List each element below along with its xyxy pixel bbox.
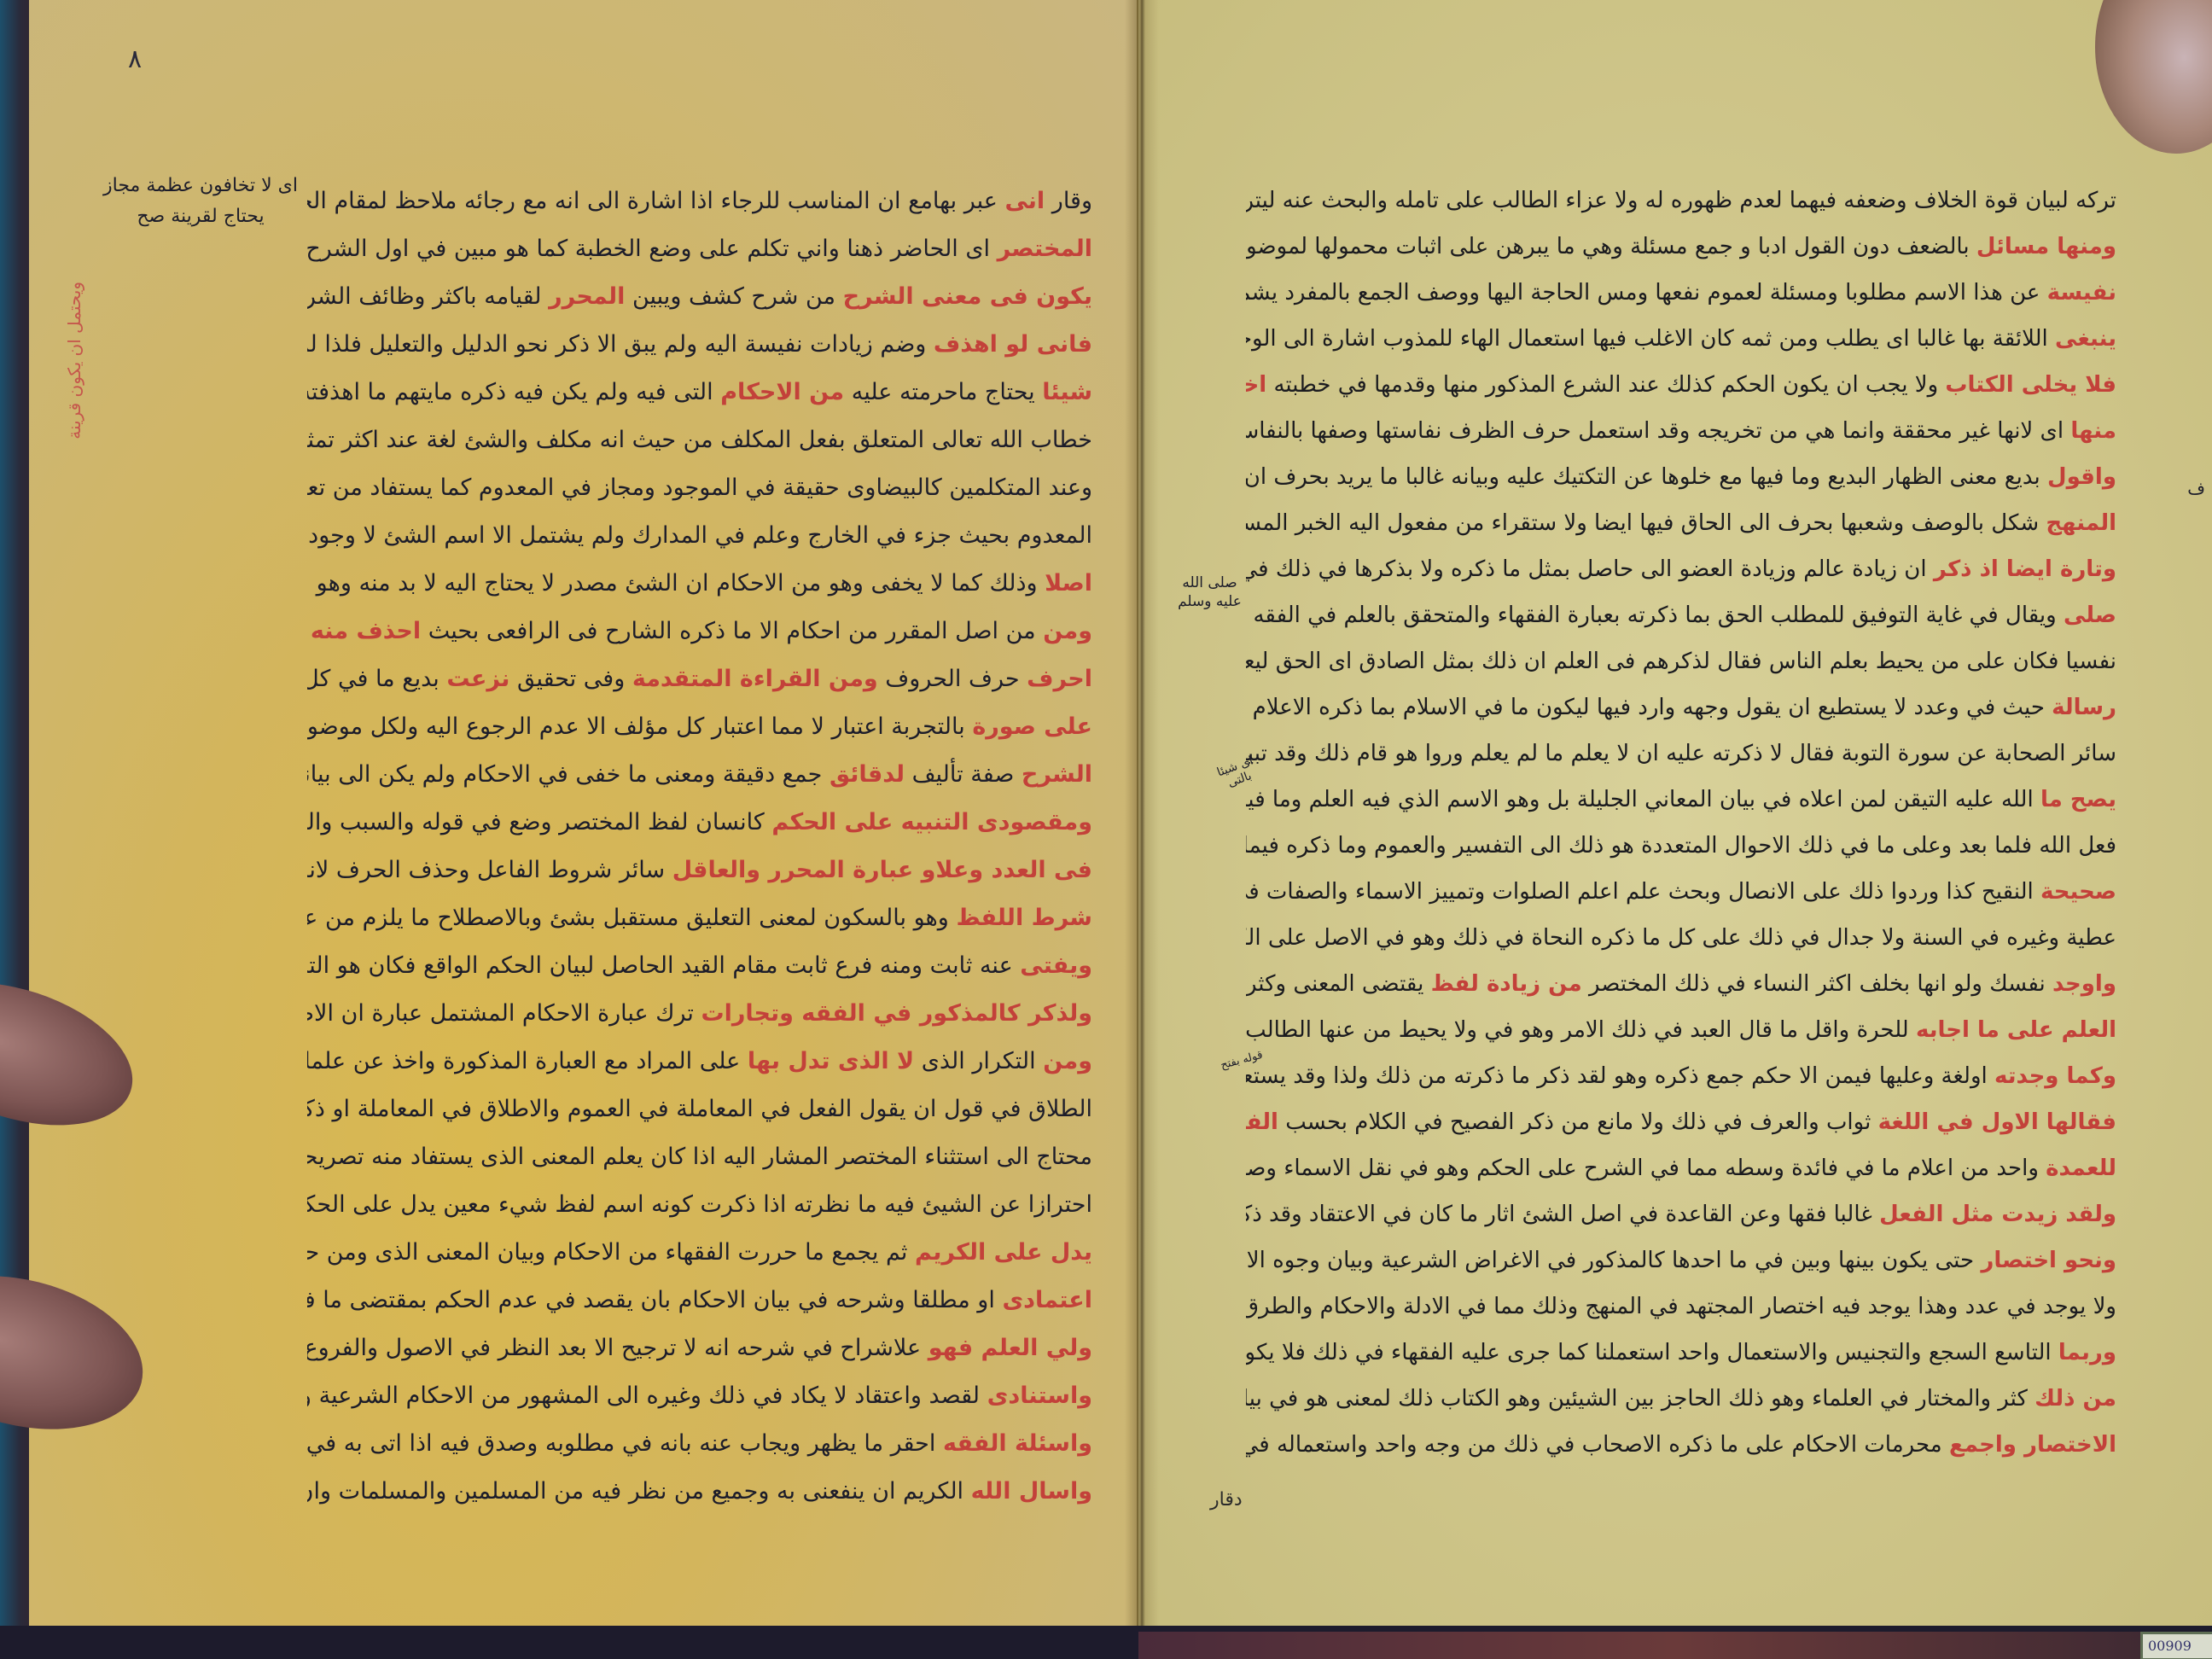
- rubric-word: رسالة: [2052, 695, 2116, 720]
- rubric-word: يكون فى معنى الشرح: [843, 283, 1092, 310]
- text-segment: وضم زيادات نفيسة اليه ولم يبق الا ذكر نح…: [307, 331, 926, 358]
- text-segment: احقر ما يظهر ويجاب عنه بانه في مطلوبه وص…: [432, 1430, 935, 1457]
- page-number: ٨: [128, 44, 142, 74]
- text-segment: ما ذكره الاصحاب في ذلك من وجه واحد واستع…: [1246, 1432, 1738, 1458]
- text-line: العلم على ما اجابه للحرة واقل ما قال الع…: [1246, 1007, 2116, 1053]
- text-line: ينبغى اللائقة بها غالبا اى يطلب ومن ثمه …: [1246, 316, 2116, 362]
- text-line: محتاج الى استثناء المختصر المشار اليه اذ…: [307, 1133, 1092, 1181]
- text-line: تركه لبيان قوة الخلاف وضعفه فيهما لعدم ظ…: [1246, 178, 2116, 224]
- text-segment: غالبا فقها وعن القاعدة في اصل الشئ اثار …: [1246, 1202, 1872, 1227]
- text-segment: عطية وغيره في السنة ولا جدال في ذلك على …: [1246, 925, 2116, 951]
- rubric-word: واسئلة الفقه: [943, 1430, 1092, 1457]
- text-line: المعدوم بحيث جزء في الخارج وعلم في المدا…: [307, 512, 1092, 560]
- text-line: نفسيا فكان على من يحيط بعلم الناس فقال ل…: [1246, 638, 2116, 684]
- text-segment: نفسك ولو انها بخلف: [1852, 971, 2045, 997]
- text-segment: جمع مسئلة وهي ما يبرهن على اثبات محمولها…: [1246, 234, 1733, 259]
- rubric-word: يصح ما: [2040, 787, 2116, 812]
- text-segment: استعملنا كما جرى عليه الفقهاء في ذلك فلا…: [1246, 1340, 1671, 1365]
- text-segment: المعدوم بحيث جزء في الخارج وعلم في المدا…: [307, 522, 1092, 549]
- text-segment: اذا اتى به في الاصل عند ذكر الاحكام في ا…: [307, 1430, 432, 1457]
- text-segment: كثر والمختار في العلماء: [1805, 1386, 2028, 1412]
- rubric-word: لدقائق: [829, 761, 905, 788]
- text-line: يدل على الكريم ثم يجمع ما حررت الفقهاء م…: [307, 1229, 1092, 1277]
- book-gutter: [1125, 0, 1159, 1634]
- text-segment: كانسان لفظ المختصر وضع في قوله: [414, 809, 764, 835]
- rubric-word: ولي العلم فهو: [928, 1335, 1092, 1361]
- text-segment: او مطلقا وشرحه في بيان الاحكام: [671, 1287, 995, 1313]
- rubric-word: واستنادى: [987, 1382, 1092, 1409]
- text-segment: عن هذا الاسم مطلوبا ومسئلة: [1763, 280, 2040, 306]
- text-segment: بالتجربة اعتبار لا مما اعتبار كل مؤلف ال…: [307, 713, 965, 740]
- text-segment: بالضعف دون القول ادبا و: [1733, 234, 1970, 259]
- text-segment: وفى تحقيق: [509, 666, 625, 692]
- margin-note: ف: [2185, 478, 2205, 498]
- text-line: الشرح صفة تأليف لدقائق جمع دقيقة ومعنى م…: [307, 751, 1092, 799]
- text-segment: غالبا ما يريد بحرف ان يقال او كل ذلك الح…: [1246, 464, 1444, 490]
- text-segment: عبر بهامع ان المناسب للرجاء اذا اشارة ال…: [307, 188, 998, 214]
- text-segment: وهو ذلك الحاجز بين الشيئين وهو الكتاب ذل…: [1246, 1386, 1805, 1412]
- text-segment: من شرح كشف ويبين: [625, 283, 835, 310]
- rubric-word: المحرر: [549, 283, 625, 310]
- text-line: ونحو اختصار حتى يكون بينها وبين في ما اح…: [1246, 1237, 2116, 1284]
- text-segment: اللائقة بها غالبا: [1910, 326, 2048, 352]
- text-segment: الطلاق في قول ان يقول الفعل في المعاملة …: [307, 1096, 1092, 1122]
- text-segment: ويقال في غاية التوفيق للمطلب الحق بما ذك…: [1246, 602, 2057, 628]
- rubric-word: الشرح: [1022, 761, 1092, 788]
- rubric-word: واقول: [2047, 464, 2116, 490]
- text-segment: فيمن الا حكم جمع ذكره وهو لقد ذكر ما ذكر…: [1246, 1063, 1872, 1089]
- text-line: ولذكر كالمذكور في الفقه وتجارات ترك عبار…: [307, 990, 1092, 1038]
- text-segment: للحرة واقل ما قال العبد في ذلك الامر وهو…: [1477, 1017, 1909, 1043]
- book-cover-bottom: [1138, 1632, 2212, 1659]
- text-segment: يقتضى المعنى وكثرة الفائدة مع كثرة في ال…: [1246, 971, 1423, 997]
- text-segment: اى الحاضر ذهنا واني تكلم على وضع الخطبة …: [307, 236, 990, 262]
- rubric-word: يدل على الكريم: [915, 1239, 1092, 1266]
- rubric-word: ويفتى: [1020, 952, 1092, 979]
- rubric-word: فى العدد وعلاو عبارة المحرر والعاقل: [672, 857, 1092, 883]
- rubric-word: فلا يخلى الكتاب: [1945, 372, 2116, 398]
- text-line: سائر الصحابة عن سورة التوبة فقال لا ذكرت…: [1246, 731, 2116, 777]
- text-segment: كذا وردوا ذلك على الانصال وبحث علم اعلم …: [1246, 879, 1975, 905]
- rubric-word: ولقد زيدت مثل الفعل: [1879, 1202, 2116, 1227]
- text-line: وكما وجدته اولغة وعليها فيمن الا حكم جمع…: [1246, 1053, 2116, 1099]
- rubric-word: من ذلك: [2034, 1386, 2116, 1412]
- text-segment: الله عليه التيقن لمن اعلاه في بيان المعا…: [1246, 787, 2034, 812]
- text-line: فعل الله فلما بعد وعلى ما في ذلك الاحوال…: [1246, 823, 2116, 869]
- text-segment: اى لانها غير محققة وانما هي من تخريجه وق…: [1441, 418, 2064, 444]
- text-line: الطلاق في قول ان يقول الفعل في المعاملة …: [307, 1086, 1092, 1133]
- right-page-text: تركه لبيان قوة الخلاف وضعفه فيهما لعدم ظ…: [1246, 178, 2116, 1468]
- text-line: وعند المتكلمين كالبيضاوى حقيقة في الموجو…: [307, 464, 1092, 512]
- text-line: احرف حرف الحروف ومن القراءة المتقدمة وفى…: [307, 655, 1092, 703]
- text-segment: صفة تأليف: [905, 761, 1014, 788]
- text-line: ومنها مسائل بالضعف دون القول ادبا و جمع …: [1246, 224, 2116, 270]
- text-segment: اكثر النساء في ذلك المختصر: [1582, 971, 1853, 997]
- rubric-word: انى: [1004, 188, 1045, 214]
- text-line: فلا يخلى الكتاب ولا يجب ان يكون الحكم كذ…: [1246, 362, 2116, 408]
- rubric-word: احذف منه وتصويبه واهمال: [307, 618, 421, 644]
- text-segment: حرف الحروف: [878, 666, 1020, 692]
- rubric-word: من الاحكام: [720, 379, 844, 405]
- text-line: فى العدد وعلاو عبارة المحرر والعاقل سائر…: [307, 847, 1092, 894]
- rubric-word: على صورة: [972, 713, 1092, 740]
- text-line: واوجد نفسك ولو انها بخلف اكثر النساء في …: [1246, 961, 2116, 1007]
- rubric-word: احرف: [1027, 666, 1092, 692]
- rubric-word: ينبغى: [2055, 326, 2116, 352]
- text-segment: ترك عبارة الاحكام المشتمل عبارة ان الاصح…: [307, 1000, 694, 1027]
- rubric-word: وكما وجدته: [1994, 1063, 2116, 1089]
- rubric-word: صلى: [2064, 602, 2116, 628]
- text-line: المختصر اى الحاضر ذهنا واني تكلم على وضع…: [307, 225, 1092, 273]
- text-segment: التى فيه ولم يكن فيه ذكره مايتهم ما اهذف…: [307, 379, 713, 405]
- margin-note: صلى الله عليه وسلم: [1169, 573, 1250, 611]
- text-line: ولقد زيدت مثل الفعل غالبا فقها وعن القاع…: [1246, 1191, 2116, 1237]
- text-segment: الكريم ان ينفعنى به وجميع من نظر فيه من …: [307, 1478, 963, 1505]
- text-segment: وهو من الاحكام ان الشئ مصدر لا يحتاج الي…: [307, 570, 864, 597]
- rubric-word: ومقصودى التنبيه على الحكم: [771, 809, 1092, 835]
- text-segment: فعل الله فلما بعد وعلى ما في ذلك الاحوال…: [1246, 833, 2116, 859]
- rubric-word: ولذكر كالمذكور في الفقه وتجارات: [701, 1000, 1092, 1027]
- text-line: للعمدة واحد من اعلام ما في فائدة وسطه مم…: [1246, 1145, 2116, 1191]
- text-line: احترازا عن الشيئ فيه ما نظرته اذا ذكرت ك…: [307, 1181, 1092, 1229]
- text-line: المنهج شكل بالوصف وشعبها بحرف الى الحاق …: [1246, 500, 2116, 546]
- text-segment: شكل بالوصف وشعبها بحرف الى الحاق فيها اي…: [1246, 510, 2039, 536]
- text-line: ومن من اصل المقرر من احكام الا ما ذكره ا…: [307, 608, 1092, 655]
- text-segment: احترازا عن الشيئ فيه ما نظرته اذا ذكرت ك…: [307, 1191, 1092, 1218]
- text-line: واستنادى لقصد واعتقاد لا يكاد في ذلك وغي…: [307, 1372, 1092, 1420]
- text-line: صحيحة النقيح كذا وردوا ذلك على الانصال و…: [1246, 869, 2116, 915]
- text-segment: نفاستها وصفها بالنفاسة والنفاستها وجلالة…: [1246, 418, 1441, 444]
- rubric-word: الفصيح: [1246, 1109, 1278, 1135]
- text-segment: والسبب والتحقيق فيها بانه ومن حيث اللفظ …: [307, 809, 414, 835]
- text-segment: في ذلك وغيره الى المشهور من الاحكام الشر…: [307, 1382, 783, 1409]
- text-segment: لقيامه باكثر وظائف الشراح من ابدال الغري…: [307, 283, 541, 310]
- text-line: ويفتى عنه ثابت ومنه فرع ثابت مقام القيد …: [307, 942, 1092, 990]
- margin-note-red: ويحتمل ان يكون قرينة: [61, 282, 96, 439]
- text-segment: تركه لبيان قوة الخلاف وضعفه فيهما لعدم ظ…: [1246, 188, 2116, 213]
- library-label: 00909: [2140, 1632, 2212, 1659]
- rubric-word: اصلا: [1045, 570, 1092, 597]
- margin-note: اى لا تخافون عظمة مجاز يحتاج لقرينة صح: [94, 171, 307, 232]
- text-line: وقار انى عبر بهامع ان المناسب للرجاء اذا…: [307, 178, 1092, 225]
- rubric-word: وتارة ايضا اذ ذكر: [1934, 556, 2116, 582]
- rubric-word: ومن: [1043, 1048, 1092, 1074]
- text-segment: ثم يجمع ما حررت الفقهاء من الاحكام وبيان…: [368, 1239, 908, 1266]
- text-segment: نفسيا فكان على من يحيط بعلم الناس فقال ل…: [1246, 649, 2116, 674]
- text-segment: على المراد مع العبارة المذكورة واخذ عن ع…: [307, 1048, 740, 1074]
- text-segment: حتى يكون بينها وبين: [1784, 1248, 1974, 1273]
- text-line: نفيسة عن هذا الاسم مطلوبا ومسئلة لعموم ن…: [1246, 270, 2116, 316]
- text-segment: جمع دقيقة ومعنى ما خفى في الاحكام ولم يك…: [307, 761, 822, 788]
- rubric-word: فقالها الاول في اللغة: [1878, 1109, 2116, 1135]
- text-segment: عنه ثابت ومنه فرع ثابت مقام القيد الحاصل…: [307, 952, 1013, 979]
- text-segment: في نقل الاسماء وصفا وحكما ولذلك ما لا يف…: [1246, 1155, 1429, 1181]
- text-segment: في وعدد لا يستطيع ان يقول وجهه وارد فيها…: [1246, 695, 1995, 720]
- text-segment: اى يطلب ومن ثمه كان الاغلب فيها استعمال …: [1246, 326, 1910, 352]
- text-line: على صورة بالتجربة اعتبار لا مما اعتبار ك…: [307, 703, 1092, 751]
- rubric-word: صحيحة: [2040, 879, 2116, 905]
- text-segment: وهو بالسكون لمعنى التعليق مستقبل بشئ وبا…: [307, 905, 949, 931]
- rubric-word: العلم على ما اجابه: [1916, 1017, 2116, 1043]
- text-line: خطاب الله تعالى المتعلق بفعل المكلف من ح…: [307, 416, 1092, 464]
- text-line: صلى ويقال في غاية التوفيق للمطلب الحق بم…: [1246, 592, 2116, 638]
- text-line: واسئلة الفقه احقر ما يظهر ويجاب عنه بانه…: [307, 1420, 1092, 1468]
- text-segment: سائر الصحابة عن سورة التوبة فقال لا ذكرت…: [1246, 741, 2116, 766]
- rubric-word: ومن القراءة المتقدمة: [632, 666, 878, 692]
- text-segment: وعند المتكلمين كالبيضاوى حقيقة في الموجو…: [307, 474, 1092, 501]
- rubric-word: ونحو اختصار: [1981, 1248, 2116, 1273]
- text-segment: بان يقصد في عدم الحكم بمقتضى ما في الفقه…: [307, 1287, 671, 1313]
- text-line: ومقصودى التنبيه على الحكم كانسان لفظ الم…: [307, 799, 1092, 847]
- rubric-word: من زيادة لفظ: [1431, 971, 1582, 997]
- text-segment: محتاج الى استثناء المختصر المشار اليه اذ…: [307, 1144, 1092, 1170]
- text-segment: سائر شروط الفاعل وحذف الحرف: [329, 857, 665, 883]
- rubric-word: لا الذى تدل بها: [748, 1048, 914, 1074]
- left-page-text: وقار انى عبر بهامع ان المناسب للرجاء اذا…: [307, 178, 1092, 1516]
- catchword: دقار: [1210, 1489, 1243, 1511]
- text-line: منها اى لانها غير محققة وانما هي من تخري…: [1246, 408, 2116, 454]
- text-line: شرط اللفظ وهو بالسكون لمعنى التعليق مستق…: [307, 894, 1092, 942]
- text-line: فقالها الاول في اللغة ثواب والعرف في ذلك…: [1246, 1099, 2116, 1145]
- text-line: من ذلك كثر والمختار في العلماء وهو ذلك ا…: [1246, 1376, 2116, 1422]
- text-segment: من اصل: [948, 618, 1036, 644]
- text-segment: لقصد واعتقاد لا يكاد: [783, 1382, 980, 1409]
- text-line: رسالة حيث في وعدد لا يستطيع ان يقول وجهه…: [1246, 684, 2116, 731]
- text-segment: ولا يجب ان يكون الحكم كذلك عند الشرع: [1556, 372, 1938, 398]
- text-segment: بديع ما في كل فصل وبلغ ذلك من الحفاظ اذا…: [307, 666, 439, 692]
- rubric-word: وربما: [2058, 1340, 2116, 1365]
- text-line: وتارة ايضا اذ ذكر ان زيادة عالم وزيادة ا…: [1246, 546, 2116, 592]
- text-line: يكون فى معنى الشرح من شرح كشف ويبين المح…: [307, 273, 1092, 321]
- text-line: ولي العلم فهو علاشراح في شرحه انه لا ترج…: [307, 1324, 1092, 1372]
- text-line: اصلا وذلك كما لا يخفى وهو من الاحكام ان …: [307, 560, 1092, 608]
- text-line: شيئا يحتاج ماحرمته عليه من الاحكام التى …: [307, 369, 1092, 416]
- text-line: يصح ما الله عليه التيقن لمن اعلاه في بيا…: [1246, 777, 2116, 823]
- rubric-word: نفيسة: [2047, 280, 2116, 306]
- rubric-word: الاختصار واجمع: [1949, 1432, 2116, 1458]
- text-segment: ولا يوجد في عدد وهذا يوجد فيه اختصار الم…: [1246, 1294, 2116, 1319]
- rubric-word: شيئا: [1042, 379, 1092, 405]
- text-segment: وذلك كما لا يخفى: [864, 570, 1038, 597]
- rubric-word: فانى لو اهذف: [934, 331, 1092, 358]
- rubric-word: اخذ الحاضر: [1246, 372, 1266, 398]
- rubric-word: ومنها مسائل: [1976, 234, 2116, 259]
- rubric-word: المختصر: [998, 236, 1092, 262]
- text-segment: المذكور منها وقدمها في خطبته: [1266, 372, 1556, 398]
- text-segment: ثواب: [1819, 1109, 1871, 1135]
- text-segment: والعرف في ذلك ولا مانع من ذكر الفصيح في …: [1278, 1109, 1819, 1135]
- text-segment: ومن حيث التعليق الذى يستفاد منه: [307, 1239, 368, 1266]
- text-segment: لانه لا عام الا به ونحوه بل: [307, 857, 329, 883]
- text-segment: وقار: [1052, 188, 1092, 214]
- rubric-word: شرط اللفظ: [956, 905, 1092, 931]
- rubric-word: واوجد: [2052, 971, 2116, 997]
- text-segment: واحد من اعلام ما في فائدة وسطه مما في ال…: [1429, 1155, 2039, 1181]
- text-line: ولا يوجد في عدد وهذا يوجد فيه اختصار الم…: [1246, 1284, 2116, 1330]
- rubric-word: المنهج: [2046, 510, 2116, 536]
- text-line: وربما التاسع السجع والتجنيس والاستعمال و…: [1246, 1330, 2116, 1376]
- text-line: اعتمادى او مطلقا وشرحه في بيان الاحكام ب…: [307, 1277, 1092, 1324]
- text-segment: حيث: [1995, 695, 2045, 720]
- text-segment: بديع معنى الظهار البديع وما فيها مع خلوه…: [1444, 464, 2040, 490]
- rubric-word: واسال الله: [971, 1478, 1092, 1505]
- text-segment: محرمات الاحكام على: [1738, 1432, 1941, 1458]
- rubric-word: منها: [2070, 418, 2116, 444]
- text-line: عطية وغيره في السنة ولا جدال في ذلك على …: [1246, 915, 2116, 961]
- text-segment: ان زيادة عالم وزيادة العضو الى حاصل بمثل…: [1246, 556, 1927, 582]
- text-segment: يحتاج ماحرمته عليه: [844, 379, 1035, 405]
- text-segment: المقرر من احكام الا ما ذكره الشارح فى ال…: [421, 618, 947, 644]
- text-segment: خطاب الله تعالى المتعلق بفعل المكلف من ح…: [307, 427, 1092, 453]
- text-segment: في ما احدها كالمذكور في الاغراض الشرعية …: [1246, 1248, 1784, 1273]
- text-segment: التكرار الذى: [914, 1048, 1035, 1074]
- text-segment: التاسع السجع والتجنيس والاستعمال واحد: [1671, 1340, 2052, 1365]
- text-segment: النقيح: [1975, 879, 2034, 905]
- text-segment: لعموم نفعها ومس الحاجة اليها ووصف الجمع …: [1246, 280, 1763, 306]
- rubric-word: للعمدة: [2046, 1155, 2116, 1181]
- text-line: الاختصار واجمع محرمات الاحكام على ما ذكر…: [1246, 1422, 2116, 1468]
- text-line: ومن التكرار الذى لا الذى تدل بها على الم…: [307, 1038, 1092, 1086]
- text-segment: علاشراح في شرحه انه لا ترجيح الا بعد الن…: [307, 1335, 921, 1361]
- text-line: فانى لو اهذف وضم زيادات نفيسة اليه ولم ي…: [307, 321, 1092, 369]
- rubric-word: نزعت: [446, 666, 509, 692]
- text-segment: ولا يحيط من عنها الطالب العلم لذلك ذكر م…: [1246, 1017, 1477, 1043]
- text-line: واقول بديع معنى الظهار البديع وما فيها م…: [1246, 454, 2116, 500]
- rubric-word: اعتمادى: [1002, 1287, 1092, 1313]
- text-line: واسال الله الكريم ان ينفعنى به وجميع من …: [307, 1468, 1092, 1516]
- rubric-word: ومن: [1043, 618, 1092, 644]
- text-segment: اولغة وعليها: [1872, 1063, 1988, 1089]
